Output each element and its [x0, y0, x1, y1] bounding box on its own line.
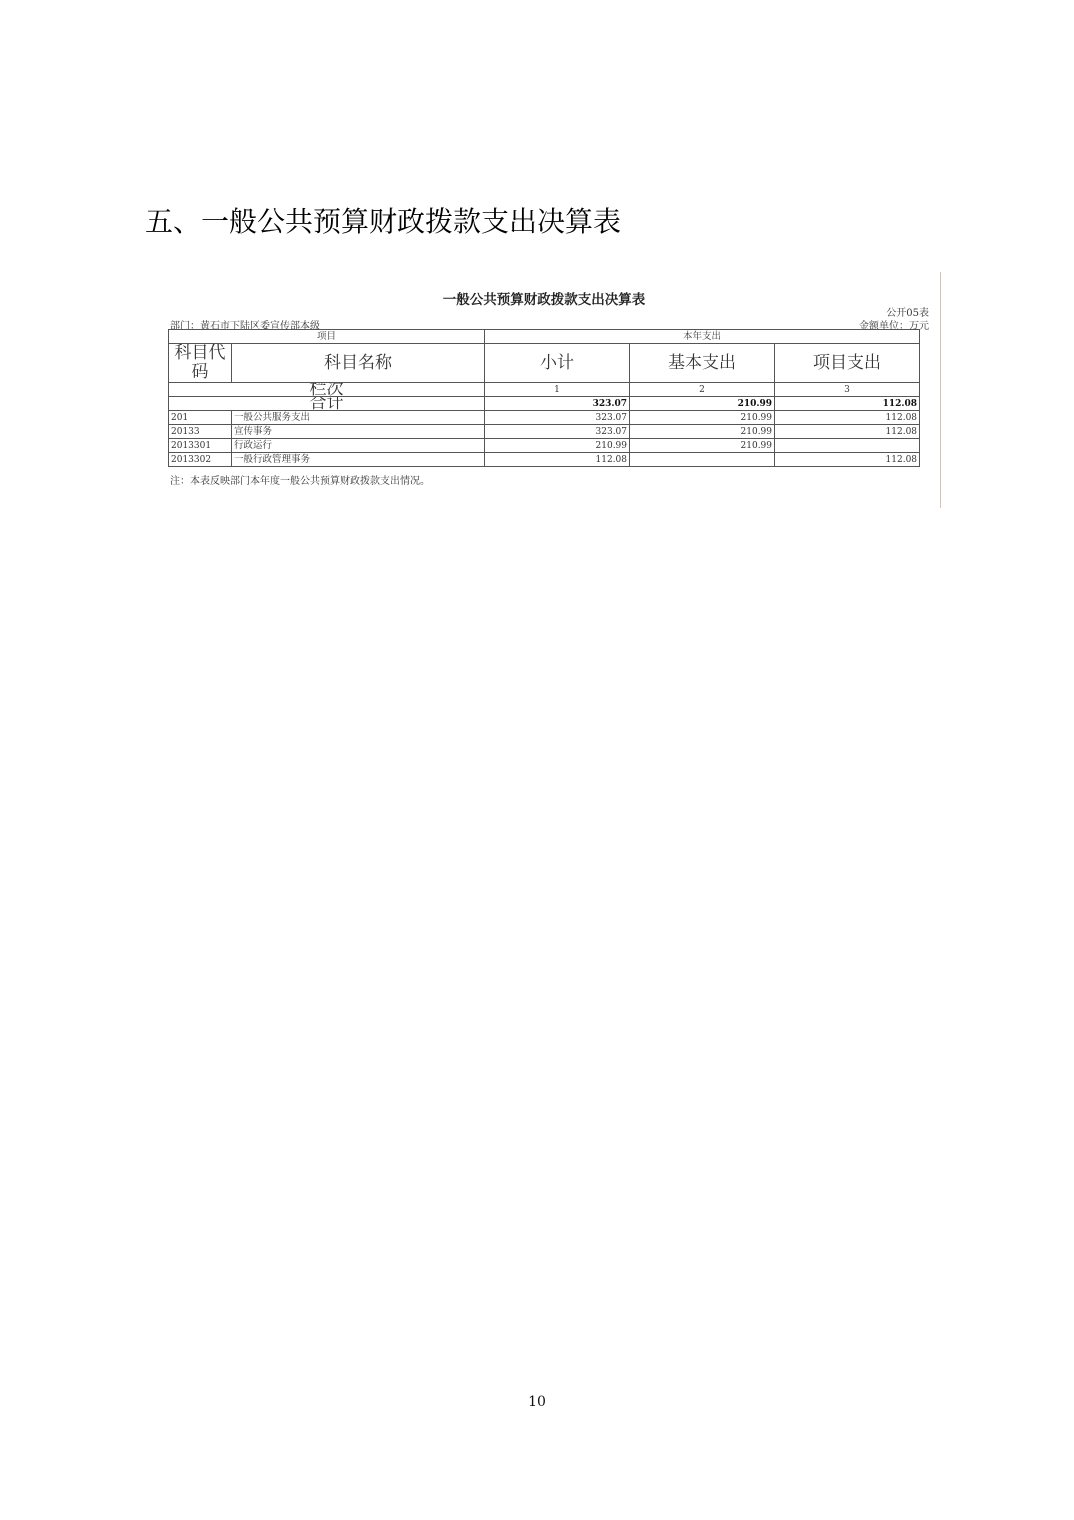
header-project-group: 项目 — [169, 330, 485, 344]
column-index-1: 1 — [485, 383, 630, 397]
row-subtotal: 210.99 — [485, 439, 630, 453]
row-code: 20133 — [169, 425, 232, 439]
column-header-row: 科目代码 科目名称 小计 基本支出 项目支出 — [169, 344, 920, 383]
header-name: 科目名称 — [232, 344, 485, 383]
margin-rule — [940, 272, 941, 508]
column-index-3: 3 — [775, 383, 920, 397]
row-code: 2013302 — [169, 453, 232, 467]
table-note: 注：本表反映部门本年度一般公共预算财政拨款支出情况。 — [170, 472, 430, 487]
table-title: 一般公共预算财政拨款支出决算表 — [168, 288, 920, 308]
total-label: 合计 — [169, 397, 485, 411]
row-code: 2013301 — [169, 439, 232, 453]
section-title: 五、一般公共预算财政拨款支出决算表 — [145, 200, 621, 240]
total-basic: 210.99 — [630, 397, 775, 411]
table-row: 201 一般公共服务支出 323.07 210.99 112.08 — [169, 411, 920, 425]
total-subtotal: 323.07 — [485, 397, 630, 411]
row-name: 一般行政管理事务 — [232, 453, 485, 467]
header-project: 项目支出 — [775, 344, 920, 383]
row-project: 112.08 — [775, 453, 920, 467]
header-basic: 基本支出 — [630, 344, 775, 383]
row-basic: 210.99 — [630, 411, 775, 425]
row-name: 行政运行 — [232, 439, 485, 453]
table-row: 2013301 行政运行 210.99 210.99 — [169, 439, 920, 453]
row-project: 112.08 — [775, 411, 920, 425]
header-current-year-group: 本年支出 — [485, 330, 920, 344]
row-name: 一般公共服务支出 — [232, 411, 485, 425]
column-index-row: 栏次 1 2 3 — [169, 383, 920, 397]
group-header-row: 项目 本年支出 — [169, 330, 920, 344]
row-subtotal: 323.07 — [485, 425, 630, 439]
table-row: 20133 宣传事务 323.07 210.99 112.08 — [169, 425, 920, 439]
total-project: 112.08 — [775, 397, 920, 411]
table-row: 2013302 一般行政管理事务 112.08 112.08 — [169, 453, 920, 467]
page-number: 10 — [0, 1394, 1074, 1410]
row-project: 112.08 — [775, 425, 920, 439]
row-basic: 210.99 — [630, 425, 775, 439]
row-code: 201 — [169, 411, 232, 425]
column-index-2: 2 — [630, 383, 775, 397]
row-basic: 210.99 — [630, 439, 775, 453]
column-index-label: 栏次 — [169, 383, 485, 397]
row-subtotal: 112.08 — [485, 453, 630, 467]
header-subtotal: 小计 — [485, 344, 630, 383]
row-project — [775, 439, 920, 453]
header-code: 科目代码 — [169, 344, 232, 383]
budget-table: 项目 本年支出 科目代码 科目名称 小计 基本支出 项目支出 栏次 1 2 3 … — [168, 329, 920, 467]
row-name: 宣传事务 — [232, 425, 485, 439]
row-basic — [630, 453, 775, 467]
row-subtotal: 323.07 — [485, 411, 630, 425]
total-row: 合计 323.07 210.99 112.08 — [169, 397, 920, 411]
